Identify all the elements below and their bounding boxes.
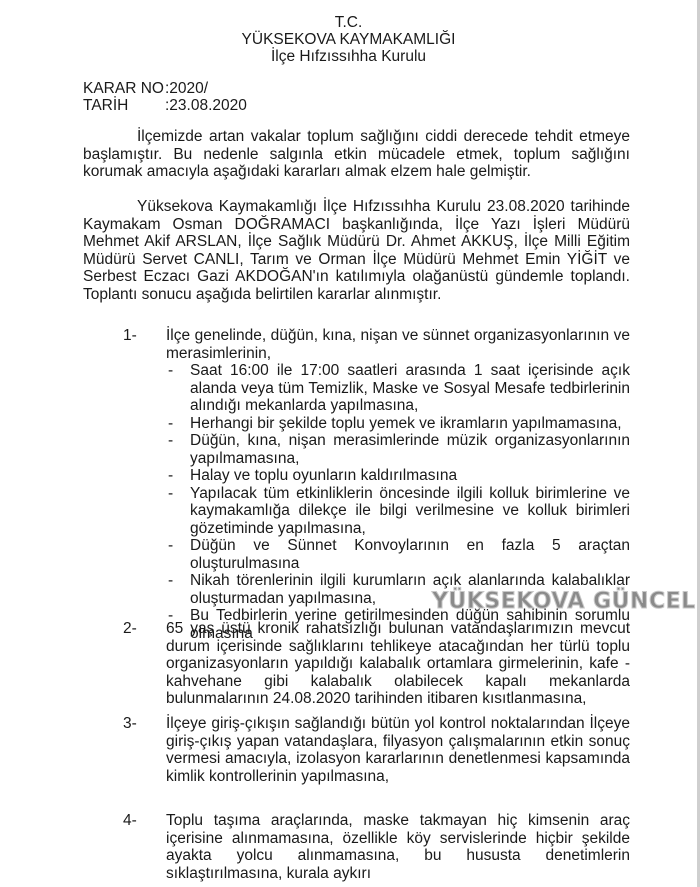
decision-number: 2- bbox=[123, 620, 137, 638]
tarih-value: :23.08.2020 bbox=[165, 97, 247, 114]
sub-item-text: Düğün ve Sünnet Konvoylarının en fazla 5… bbox=[190, 537, 630, 572]
sub-item: -Yapılacak tüm etkinliklerin öncesinde i… bbox=[166, 485, 630, 538]
decision-text: 65 yaş üstü kronik rahatsızlığı bulunan … bbox=[166, 620, 630, 708]
decision-number: 3- bbox=[123, 715, 137, 733]
decision-text: Toplu taşıma araçlarında, maske takmayan… bbox=[166, 812, 630, 882]
decision-item-2: 2- 65 yaş üstü kronik rahatsızlığı bulun… bbox=[123, 620, 630, 708]
dash-marker: - bbox=[168, 362, 173, 380]
sub-item-text: Halay ve toplu oyunların kaldırılmasına bbox=[190, 467, 457, 484]
sub-item-text: Saat 16:00 ile 17:00 saatleri arasında 1… bbox=[190, 362, 630, 414]
sub-item: -Halay ve toplu oyunların kaldırılmasına bbox=[166, 467, 630, 485]
intro-paragraph: İlçemizde artan vakalar toplum sağlığını… bbox=[83, 128, 630, 181]
decision-text: İlçe genelinde, düğün, kına, nişan ve sü… bbox=[166, 327, 630, 362]
dash-marker: - bbox=[168, 415, 173, 433]
karar-no-row: KARAR NO :2020/ bbox=[83, 80, 247, 97]
dash-marker: - bbox=[168, 485, 173, 503]
dash-marker: - bbox=[168, 572, 173, 590]
sub-item-text: Yapılacak tüm etkinliklerin öncesinde il… bbox=[190, 485, 630, 537]
dash-marker: - bbox=[168, 432, 173, 450]
decision-item-4: 4- Toplu taşıma araçlarında, maske takma… bbox=[123, 812, 630, 882]
sub-item-text: Düğün, kına, nişan merasimlerinde müzik … bbox=[190, 432, 630, 467]
sub-item: -Saat 16:00 ile 17:00 saatleri arasında … bbox=[166, 362, 630, 415]
decision-text: İlçeye giriş-çıkışın sağlandığı bütün yo… bbox=[166, 715, 630, 785]
document-header: T.C. YÜKSEKOVA KAYMAKAMLIĞI İlçe Hıfzıss… bbox=[0, 14, 697, 65]
sub-item: -Düğün ve Sünnet Konvoylarının en fazla … bbox=[166, 537, 630, 572]
sub-item-text: Herhangi bir şekilde toplu yemek ve ikra… bbox=[190, 415, 622, 432]
sub-item: -Düğün, kına, nişan merasimlerinde müzik… bbox=[166, 432, 630, 467]
decision-item-3: 3- İlçeye giriş-çıkışın sağlandığı bütün… bbox=[123, 715, 630, 785]
watermark-logo: YÜKSEKOVA GÜNCEL bbox=[432, 589, 696, 614]
header-tc: T.C. bbox=[0, 14, 697, 31]
dash-marker: - bbox=[168, 537, 173, 555]
header-board: İlçe Hıfzıssıhha Kurulu bbox=[0, 48, 697, 65]
decision-number: 4- bbox=[123, 812, 137, 830]
tarih-label: TARİH bbox=[83, 97, 165, 114]
dash-marker: - bbox=[168, 467, 173, 485]
tarih-row: TARİH :23.08.2020 bbox=[83, 97, 247, 114]
meeting-paragraph: Yüksekova Kaymakamlığı İlçe Hıfzıssıhha … bbox=[83, 198, 630, 303]
karar-no-label: KARAR NO bbox=[83, 80, 165, 97]
header-institution: YÜKSEKOVA KAYMAKAMLIĞI bbox=[0, 31, 697, 48]
karar-no-value: :2020/ bbox=[165, 80, 208, 97]
sub-item: -Herhangi bir şekilde toplu yemek ve ikr… bbox=[166, 415, 630, 433]
document-page: T.C. YÜKSEKOVA KAYMAKAMLIĞI İlçe Hıfzıss… bbox=[0, 0, 697, 887]
decision-meta: KARAR NO :2020/ TARİH :23.08.2020 bbox=[83, 80, 247, 114]
decision-number: 1- bbox=[123, 327, 137, 345]
